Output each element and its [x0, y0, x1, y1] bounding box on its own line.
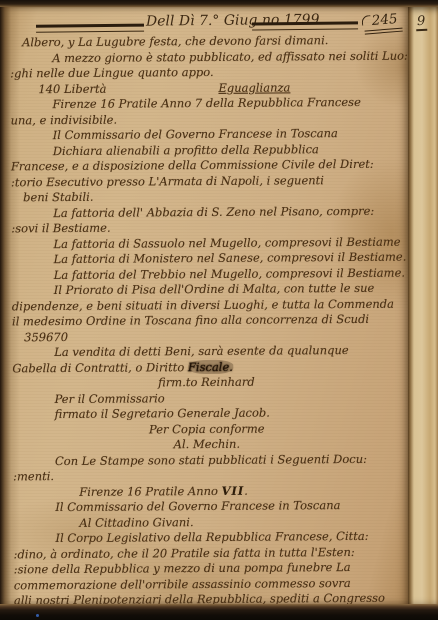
manuscript-text-blot: Fiscale. — [188, 359, 233, 373]
manuscript-text-run: firm.to Reinhard — [158, 375, 255, 390]
manuscript-text-run: Francese, e a disposizione della Commiss… — [11, 157, 374, 174]
manuscript-text-run: :dino, à ordinato, che il 20 Pratile sia… — [14, 544, 355, 560]
manuscript-line: La vendita di detti Beni, sarà esente da… — [54, 343, 400, 361]
manuscript-line: Con Le Stampe sono stati pubblicati i Se… — [55, 451, 401, 469]
edge-page-number: 9 — [416, 14, 428, 31]
manuscript-text-run: . — [244, 483, 248, 497]
manuscript-text-run: Gabella di Contratti, o Diritto — [12, 360, 188, 375]
manuscript-line: Francese, e a disposizione della Commiss… — [11, 157, 399, 175]
manuscript-text-run: Con Le Stampe sono stati pubblicati i Se… — [55, 451, 367, 467]
manuscript-text-run: una, e indivisibile. — [11, 112, 118, 127]
manuscript-text-run: Firenze 16 Pratile Anno 7 della Repubbli… — [52, 95, 360, 111]
page-number: 245 — [363, 11, 402, 35]
manuscript-page: Dell Dì 7.° Giug.no 1799 245 Albero, y L… — [0, 6, 408, 605]
manuscript-line: Firenze 16 Pratile Anno 7 della Repubbli… — [52, 95, 398, 113]
manuscript-text: Albero, y La Lugubre festa, che devono f… — [10, 33, 402, 609]
blue-speck — [36, 614, 39, 617]
manuscript-text-run: beni Stabili. — [23, 190, 93, 204]
manuscript-text-bold: VII — [222, 483, 245, 497]
manuscript-text-run: :torio Esecutivo presso L'Armata di Napo… — [11, 173, 324, 189]
manuscript-text-run: Il Commissario del Governo Francese in T… — [53, 126, 338, 142]
manuscript-text-run: Dichiara alienabili a profitto della Rep… — [53, 142, 319, 158]
manuscript-text-run: La fattoria di Sassuolo nel Mugello, com… — [53, 234, 400, 250]
manuscript-text-run: Al. Mechin. — [174, 437, 241, 451]
header-rule-left — [36, 24, 144, 33]
book-top-edge — [0, 0, 438, 7]
manuscript-text-run: Al Cittadino Givani. — [79, 515, 193, 530]
manuscript-text-run: :sione della Repubblica y mezzo di una p… — [14, 560, 351, 576]
manuscript-text-run: Albero, y La Lugubre festa, che devono f… — [22, 33, 328, 49]
manuscript-text-run: :menti. — [13, 469, 54, 483]
manuscript-line: La fattoria dell' Abbazia di S. Zeno nel… — [53, 203, 399, 221]
book-bottom-edge — [0, 604, 438, 620]
manuscript-line: il medesimo Ordine in Toscana fino alla … — [12, 312, 400, 330]
header-rule-right — [252, 21, 358, 30]
manuscript-text-underline: Eguaglianza — [218, 80, 290, 96]
book-photo: Dell Dì 7.° Giug.no 1799 245 Albero, y L… — [0, 0, 438, 620]
manuscript-line: A mezzo giorno è stato pubblicato, ed af… — [52, 48, 398, 66]
manuscript-text-run: La fattoria dell' Abbazia di S. Zeno nel… — [53, 203, 374, 219]
manuscript-text-run: Firenze 16 Pratile Anno — [79, 483, 222, 498]
manuscript-text-run: 140 Libertà — [38, 81, 106, 97]
manuscript-text-run: La fattoria del Trebbio nel Mugello, com… — [54, 265, 405, 281]
manuscript-text-run: :ghi nelle due Lingue quanto appo. — [10, 65, 213, 80]
manuscript-text-run: firmato il Segretario Generale Jacob. — [55, 406, 270, 422]
manuscript-text-run: A mezzo giorno è stato pubblicato, ed af… — [52, 48, 408, 64]
manuscript-text-run: Il Priorato di Pisa dell'Ordine di Malta… — [54, 281, 375, 297]
next-page-edge: 9 — [408, 6, 438, 608]
manuscript-text-run: 359670 — [24, 329, 68, 343]
manuscript-text-run: commemorazione dell'orribile assassinio … — [14, 575, 351, 591]
manuscript-text-run: il medesimo Ordine in Toscana fino alla … — [12, 312, 369, 328]
manuscript-text-run: :sovi il Bestiame. — [11, 221, 110, 236]
manuscript-text-run: La fattoria di Monistero nel Sanese, com… — [54, 250, 407, 266]
manuscript-text-run: Per Copia conforme — [149, 421, 265, 436]
manuscript-text-run: La vendita di detti Beni, sarà esente da… — [54, 343, 349, 359]
manuscript-text-run: dipendenze, e beni situati in diversi Lu… — [12, 296, 394, 313]
manuscript-text-run: Per il Commissario — [54, 391, 164, 406]
manuscript-text-run: Il Commissario del Governo Francese in T… — [55, 498, 340, 514]
manuscript-text-run: Il Corpo Legislativo della Repubblica Fr… — [55, 529, 368, 545]
